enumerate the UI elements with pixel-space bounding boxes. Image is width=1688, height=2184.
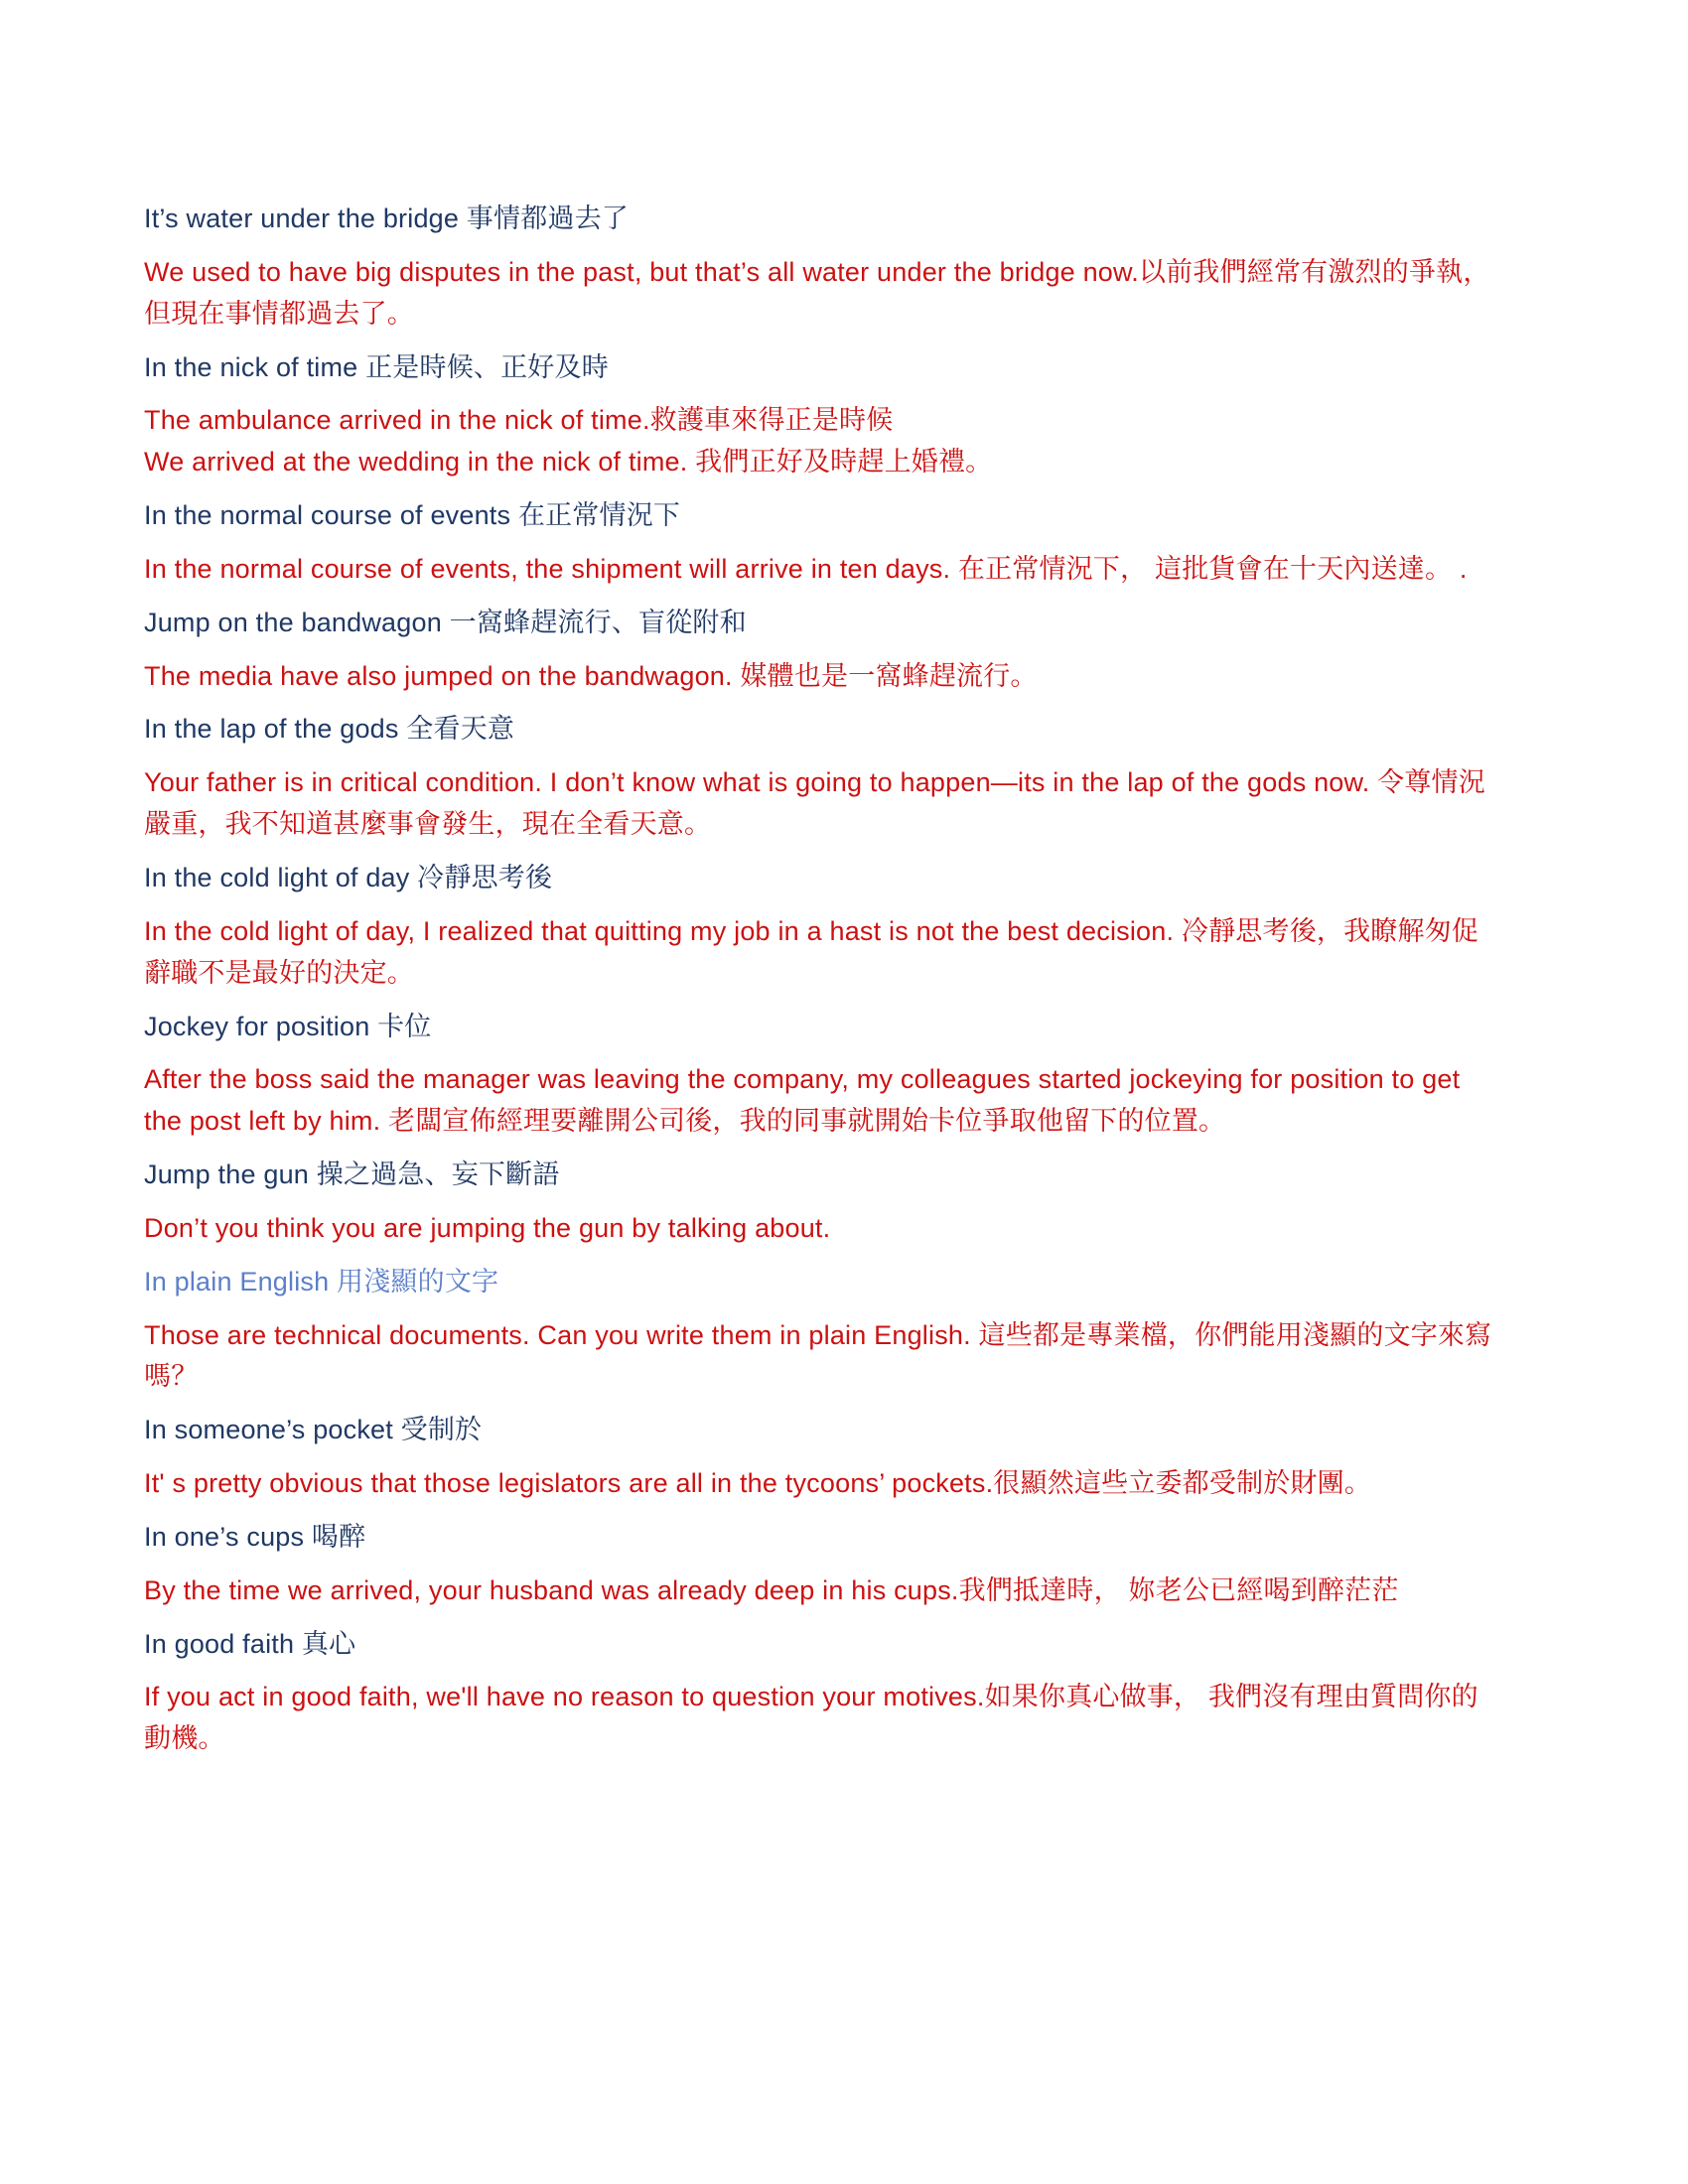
- example-paragraph: Those are technical documents. Can you w…: [144, 1315, 1499, 1399]
- idiom-meaning: 操之過急、妄下斷語: [317, 1160, 560, 1189]
- example-line: In the normal course of events, the ship…: [144, 554, 1468, 584]
- idiom-english: Jump on the bandwagon: [144, 608, 450, 637]
- idiom-meaning: 正是時候、正好及時: [365, 352, 609, 382]
- example-line: We arrived at the wedding in the nick of…: [144, 447, 992, 477]
- idiom-english: It’s water under the bridge: [144, 204, 467, 233]
- example-line: In the cold light of day, I realized tha…: [144, 916, 1478, 988]
- idiom-meaning: 冷靜思考後: [417, 863, 552, 892]
- idiom-heading: In the normal course of events 在正常情況下: [144, 495, 1499, 537]
- idiom-heading: In the cold light of day 冷靜思考後: [144, 858, 1499, 899]
- example-paragraph: We used to have big disputes in the past…: [144, 252, 1499, 336]
- example-line: If you act in good faith, we'll have no …: [144, 1682, 1478, 1753]
- idiom-list: It’s water under the bridge 事情都過去了We use…: [144, 199, 1499, 1760]
- example-line: It' s pretty obvious that those legislat…: [144, 1468, 1371, 1498]
- idiom-english: In someone’s pocket: [144, 1415, 401, 1444]
- example-line: Those are technical documents. Can you w…: [144, 1320, 1491, 1392]
- idiom-meaning: 全看天意: [406, 714, 514, 744]
- example-line: The ambulance arrived in the nick of tim…: [144, 405, 893, 435]
- idiom-heading: In the nick of time 正是時候、正好及時: [144, 347, 1499, 389]
- idiom-english: In good faith: [144, 1629, 302, 1659]
- example-paragraph: In the cold light of day, I realized tha…: [144, 911, 1499, 995]
- idiom-meaning: 受制於: [401, 1415, 483, 1444]
- example-paragraph: Don’t you think you are jumping the gun …: [144, 1208, 1499, 1250]
- idiom-heading: In one’s cups 喝醉: [144, 1517, 1499, 1559]
- idiom-english: In plain English: [144, 1267, 337, 1297]
- idiom-meaning: 真心: [302, 1629, 355, 1659]
- idiom-english: Jockey for position: [144, 1012, 377, 1041]
- idiom-meaning: 喝醉: [312, 1522, 365, 1552]
- idiom-meaning: 用淺顯的文字: [337, 1267, 498, 1297]
- idiom-meaning: 卡位: [377, 1012, 431, 1041]
- idiom-meaning: 事情都過去了: [467, 204, 629, 233]
- example-line: Don’t you think you are jumping the gun …: [144, 1213, 830, 1243]
- idiom-heading: It’s water under the bridge 事情都過去了: [144, 199, 1499, 240]
- idiom-heading: Jockey for position 卡位: [144, 1007, 1499, 1048]
- example-line: After the boss said the manager was leav…: [144, 1064, 1460, 1136]
- idiom-english: In the nick of time: [144, 352, 365, 382]
- idiom-heading: In the lap of the gods 全看天意: [144, 709, 1499, 751]
- idiom-heading: In good faith 真心: [144, 1624, 1499, 1666]
- example-line: By the time we arrived, your husband was…: [144, 1575, 1399, 1605]
- example-paragraph: By the time we arrived, your husband was…: [144, 1570, 1499, 1612]
- idiom-heading: In someone’s pocket 受制於: [144, 1410, 1499, 1451]
- idiom-english: Jump the gun: [144, 1160, 317, 1189]
- example-paragraph: The media have also jumped on the bandwa…: [144, 656, 1499, 698]
- example-paragraph: In the normal course of events, the ship…: [144, 549, 1499, 591]
- document-page: It’s water under the bridge 事情都過去了We use…: [0, 0, 1688, 2184]
- example-line: The media have also jumped on the bandwa…: [144, 661, 1038, 691]
- idiom-english: In the lap of the gods: [144, 714, 406, 744]
- idiom-meaning: 一窩蜂趕流行、盲從附和: [450, 608, 747, 637]
- example-paragraph: If you act in good faith, we'll have no …: [144, 1677, 1499, 1760]
- example-paragraph: After the boss said the manager was leav…: [144, 1059, 1499, 1143]
- idiom-english: In the cold light of day: [144, 863, 417, 892]
- idiom-heading: Jump on the bandwagon 一窩蜂趕流行、盲從附和: [144, 603, 1499, 644]
- idiom-heading: Jump the gun 操之過急、妄下斷語: [144, 1155, 1499, 1196]
- idiom-english: In the normal course of events: [144, 500, 518, 530]
- example-line: Your father is in critical condition. I …: [144, 767, 1485, 839]
- example-paragraph: It' s pretty obvious that those legislat…: [144, 1463, 1499, 1505]
- idiom-heading: In plain English 用淺顯的文字: [144, 1262, 1499, 1303]
- idiom-meaning: 在正常情況下: [518, 500, 680, 530]
- example-paragraph: Your father is in critical condition. I …: [144, 762, 1499, 846]
- example-line: We used to have big disputes in the past…: [144, 257, 1490, 329]
- example-paragraph: The ambulance arrived in the nick of tim…: [144, 400, 1499, 483]
- idiom-english: In one’s cups: [144, 1522, 312, 1552]
